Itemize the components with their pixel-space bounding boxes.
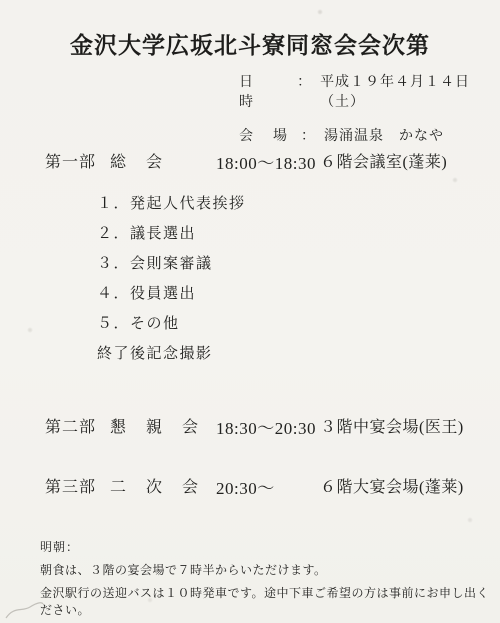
part3-name: 二 次 会 — [110, 474, 200, 497]
part2-label: 第二部 — [45, 414, 96, 437]
datetime-separator: ： — [297, 71, 311, 91]
agenda-item-3: ３．会則案審議 — [97, 256, 246, 273]
part3-label: 第三部 — [45, 474, 96, 497]
part2-venue: ３階中宴会場(医王) — [320, 414, 464, 437]
part1-time: 18:00〜18:30 — [216, 149, 316, 174]
program-row-part1: 第一部 総 会 18:00〜18:30 ６階会議室(蓬莱) — [0, 149, 500, 173]
agenda-item-4: ４．役員選出 — [97, 286, 246, 303]
venue-label: 会 場 — [239, 125, 290, 145]
agenda-list: １．発起人代表挨拶 ２．議長選出 ３．会則案審議 ４．役員選出 ５．その他 終了… — [97, 196, 246, 376]
agenda-item-2: ２．議長選出 — [97, 226, 246, 243]
agenda-item-1: １．発起人代表挨拶 — [97, 196, 246, 213]
notes-line-breakfast: 朝食は、３階の宴会場で７時半からいただけます。 — [40, 561, 500, 578]
datetime-label: 日 時 — [239, 71, 286, 111]
datetime-value: 平成１９年４月１４日（土） — [320, 71, 500, 111]
scan-smudge-artifact — [4, 598, 44, 620]
meta-block: 日 時 ： 平成１９年４月１４日（土） 会 場 ： 湯涌温泉 かなや — [239, 71, 500, 159]
part2-time: 18:30〜20:30 — [216, 414, 316, 439]
program-row-part3: 第三部 二 次 会 20:30〜 ６階大宴会場(蓬莱) — [0, 474, 500, 498]
venue-value: 湯涌温泉 かなや — [324, 125, 444, 145]
program-row-part2: 第二部 懇 親 会 18:30〜20:30 ３階中宴会場(医王) — [0, 414, 500, 438]
agenda-item-photo: 終了後記念撮影 — [97, 346, 246, 363]
part3-venue: ６階大宴会場(蓬莱) — [320, 474, 464, 497]
meta-row-venue: 会 場 ： 湯涌温泉 かなや — [239, 125, 500, 145]
venue-separator: ： — [301, 125, 315, 145]
document-title: 金沢大学広坂北斗寮同窓会会次第 — [0, 27, 500, 60]
notes-block: 明朝： 朝食は、３階の宴会場で７時半からいただけます。 金沢駅行の送迎バスは１０… — [40, 538, 500, 623]
meta-row-datetime: 日 時 ： 平成１９年４月１４日（土） — [239, 71, 500, 111]
part1-label: 第一部 — [45, 149, 96, 172]
agenda-item-5: ５．その他 — [97, 316, 246, 333]
part2-name: 懇 親 会 — [110, 414, 200, 437]
scanned-document-page: 金沢大学広坂北斗寮同窓会会次第 日 時 ： 平成１９年４月１４日（土） 会 場 … — [0, 0, 500, 623]
part1-venue: ６階会議室(蓬莱) — [320, 149, 447, 172]
notes-line-bus: 金沢駅行の送迎バスは１０時発車です。途中下車ご希望の方は事前にお申し出ください。 — [40, 584, 500, 618]
notes-heading: 明朝： — [40, 538, 500, 555]
part1-name: 総 会 — [110, 149, 164, 172]
part3-time: 20:30〜 — [216, 474, 275, 499]
